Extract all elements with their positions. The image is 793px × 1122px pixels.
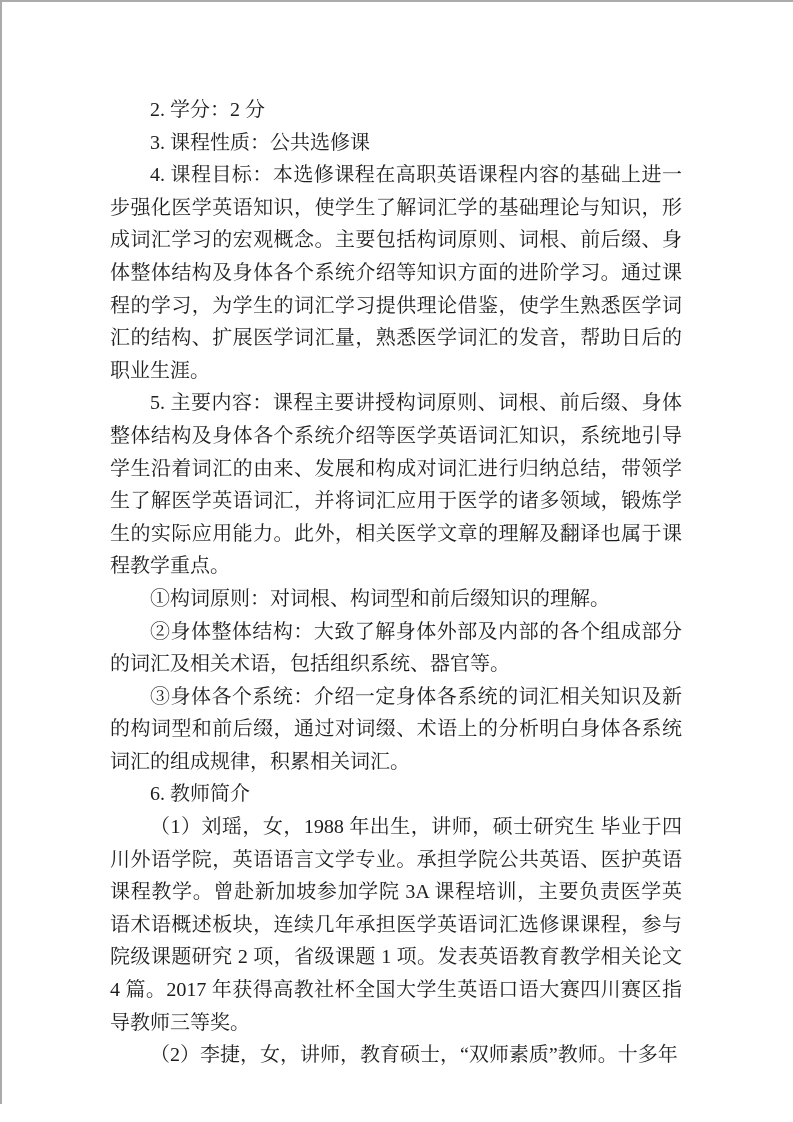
paragraph-course-objectives: 4. 课程目标：本选修课程在高职英语课程内容的基础上进一步强化医学英语知识，使学… [110,159,682,387]
paragraph-credits: 2. 学分：2 分 [110,94,682,127]
paragraph-main-content: 5. 主要内容：课程主要讲授构词原则、词根、前后缀、身体整体结构及身体各个系统介… [110,387,682,583]
paragraph-course-nature: 3. 课程性质：公共选修课 [110,127,682,160]
paragraph-word-formation: ①构词原则：对词根、构词型和前后缀知识的理解。 [110,583,682,616]
paragraph-teacher-2: （2）李捷，女，讲师，教育硕士，“双师素质”教师。十多年 [110,1039,682,1072]
paragraph-teacher-1: （1）刘瑶，女，1988 年出生，讲师，硕士研究生 毕业于四川外语学院，英语语言… [110,811,682,1039]
paragraph-body-structure: ②身体整体结构：大致了解身体外部及内部的各个组成部分的词汇及相关术语，包括组织系… [110,616,682,681]
document-content: 2. 学分：2 分 3. 课程性质：公共选修课 4. 课程目标：本选修课程在高职… [110,94,682,1072]
paragraph-body-systems: ③身体各个系统：介绍一定身体各系统的词汇相关知识及新的构词型和前后缀，通过对词缀… [110,681,682,779]
page-top-edge [0,0,793,2]
page-left-edge [0,0,2,1104]
heading-teacher-intro: 6. 教师简介 [110,778,682,811]
document-page: 2. 学分：2 分 3. 课程性质：公共选修课 4. 课程目标：本选修课程在高职… [0,0,793,1122]
